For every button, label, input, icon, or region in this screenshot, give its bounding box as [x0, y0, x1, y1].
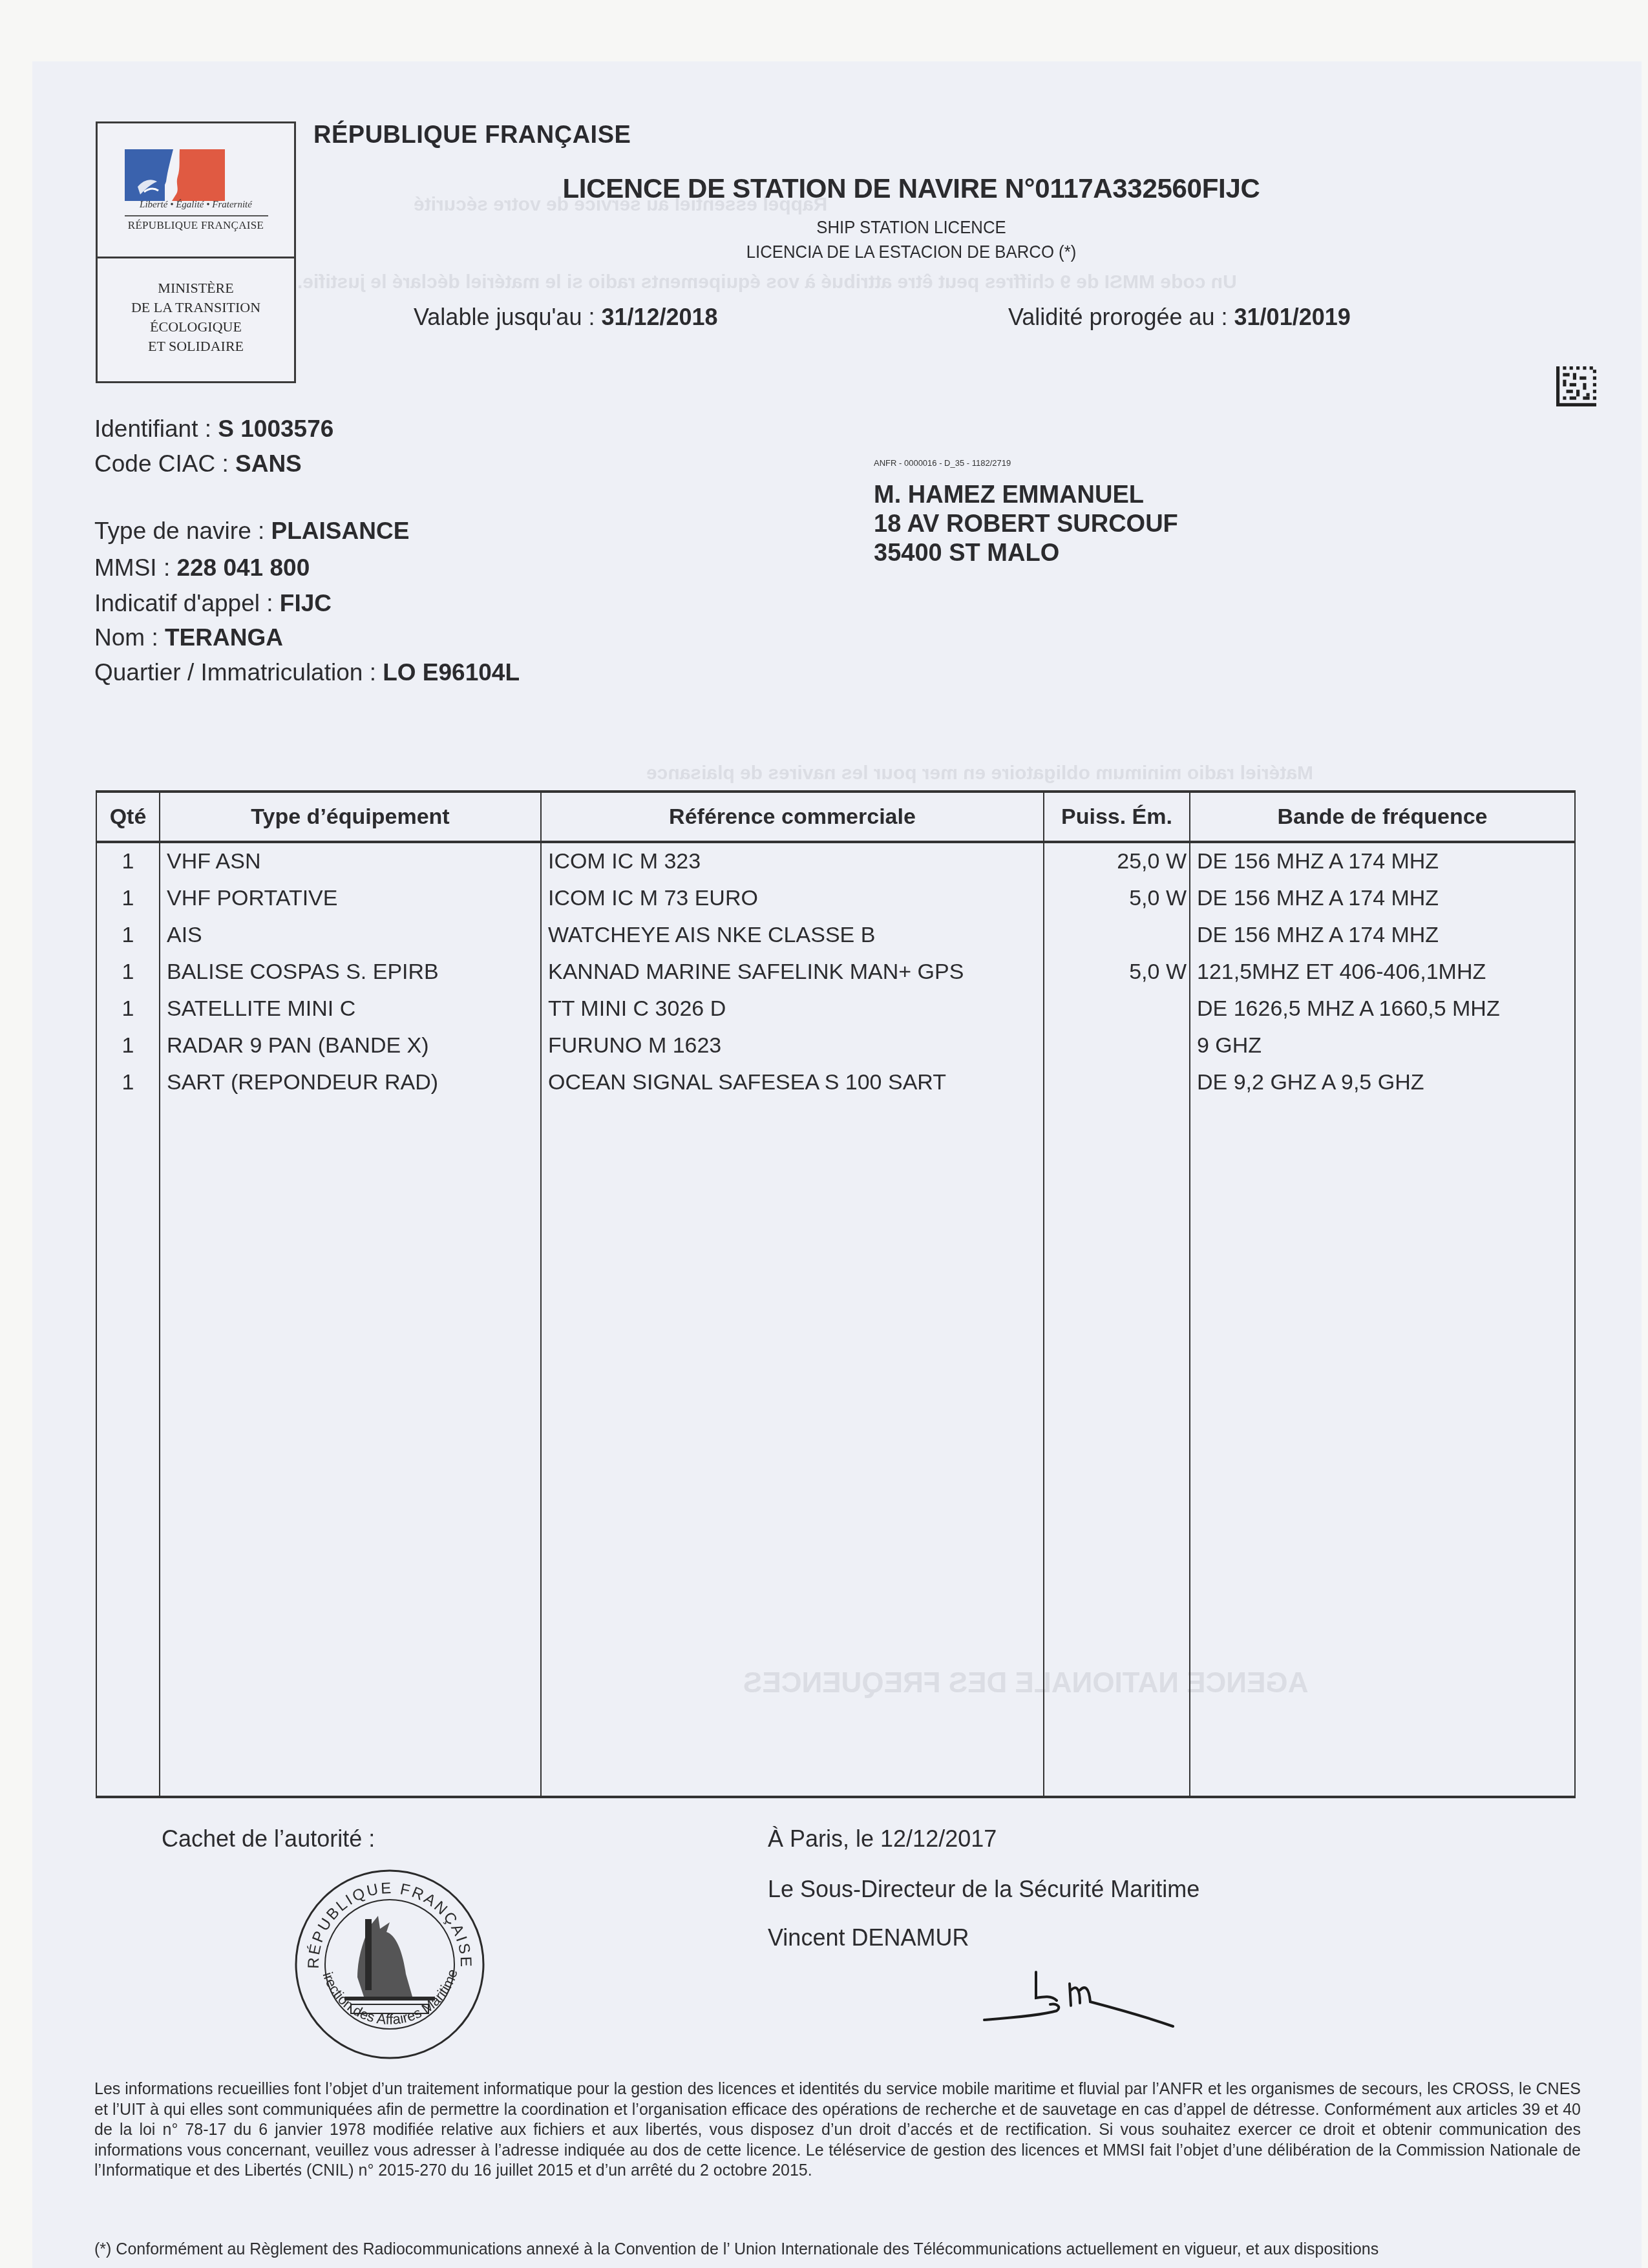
cell-type: VHF ASN — [160, 842, 541, 880]
column-header-band: Bande de fréquence — [1190, 792, 1575, 842]
ministry-name: MINISTÈRE DE LA TRANSITION ÉCOLOGIQUE ET… — [98, 278, 294, 356]
cell-power — [1044, 1027, 1190, 1064]
cell-qty: 1 — [96, 917, 160, 954]
logo-rule — [125, 215, 268, 216]
anfr-reference: ANFR - 0000016 - D_35 - 1182/2719 — [874, 458, 1011, 468]
cell-ref: OCEAN SIGNAL SAFESEA S 100 SART — [541, 1064, 1044, 1101]
logo-republic-text: RÉPUBLIQUE FRANÇAISE — [98, 219, 294, 232]
cell-qty: 1 — [96, 991, 160, 1027]
cell-power: 5,0 W — [1044, 954, 1190, 991]
cell-type: BALISE COSPAS S. EPIRB — [160, 954, 541, 991]
cell-band: DE 1626,5 MHZ A 1660,5 MHZ — [1190, 991, 1575, 1027]
licence-subtitle-en: SHIP STATION LICENCE — [430, 217, 1393, 238]
table-row: 1BALISE COSPAS S. EPIRBKANNAD MARINE SAF… — [96, 954, 1575, 991]
footnote: (*) Conformément au Règlement des Radioc… — [94, 2240, 1581, 2259]
cell-type: SART (REPONDEUR RAD) — [160, 1064, 541, 1101]
valid-until: Valable jusqu'au : 31/12/2018 — [414, 304, 718, 331]
column-header-qty: Qté — [96, 792, 160, 842]
column-header-power: Puiss. Ém. — [1044, 792, 1190, 842]
table-header-row: Qté Type d’équipement Référence commerci… — [96, 792, 1575, 842]
cell-qty: 1 — [96, 880, 160, 917]
table-row: 1VHF ASNICOM IC M 32325,0 WDE 156 MHZ A … — [96, 842, 1575, 880]
cell-power — [1044, 991, 1190, 1027]
place-and-date: À Paris, le 12/12/2017 — [768, 1825, 997, 1853]
field-call-sign: Indicatif d'appel : FIJC — [94, 590, 332, 617]
datamatrix-code-icon — [1556, 366, 1596, 406]
field-vessel-name: Nom : TERANGA — [94, 624, 283, 651]
logo-divider — [98, 257, 294, 258]
validity-extended: Validité prorogée au : 31/01/2019 — [1008, 304, 1351, 331]
equipment-table: Qté Type d’équipement Référence commerci… — [96, 790, 1576, 1798]
recipient-name: M. HAMEZ EMMANUEL — [874, 481, 1144, 509]
cell-power: 5,0 W — [1044, 880, 1190, 917]
privacy-notice: Les informations recueillies font l’obje… — [94, 2079, 1581, 2181]
cell-qty: 1 — [96, 842, 160, 880]
authority-stamp-label: Cachet de l’autorité : — [162, 1825, 375, 1853]
cell-band: DE 9,2 GHZ A 9,5 GHZ — [1190, 1064, 1575, 1101]
recipient-street: 18 AV ROBERT SURCOUF — [874, 510, 1178, 538]
cell-type: VHF PORTATIVE — [160, 880, 541, 917]
licence-title: LICENCE DE STATION DE NAVIRE N°0117A3325… — [388, 173, 1435, 204]
valid-until-date: 31/12/2018 — [601, 304, 717, 330]
field-quartier-immatriculation: Quartier / Immatriculation : LO E96104L — [94, 659, 520, 686]
column-header-reference: Référence commerciale — [541, 792, 1044, 842]
cell-band: 9 GHZ — [1190, 1027, 1575, 1064]
cell-band: DE 156 MHZ A 174 MHZ — [1190, 917, 1575, 954]
cell-ref: TT MINI C 3026 D — [541, 991, 1044, 1027]
cell-power — [1044, 1064, 1190, 1101]
field-type-navire: Type de navire : PLAISANCE — [94, 518, 409, 545]
logo-motto: Liberté • Égalité • Fraternité — [98, 200, 294, 211]
government-logo-block: Liberté • Égalité • Fraternité RÉPUBLIQU… — [96, 121, 296, 383]
cell-qty: 1 — [96, 1064, 160, 1101]
table-row: 1AISWATCHEYE AIS NKE CLASSE BDE 156 MHZ … — [96, 917, 1575, 954]
cell-band: DE 156 MHZ A 174 MHZ — [1190, 842, 1575, 880]
table-row: 1SATELLITE MINI CTT MINI C 3026 DDE 1626… — [96, 991, 1575, 1027]
show-through-text: Un code MMSI de 9 chiffres peut être att… — [297, 271, 1237, 293]
cell-type: RADAR 9 PAN (BANDE X) — [160, 1027, 541, 1064]
signer-title: Le Sous-Directeur de la Sécurité Maritim… — [768, 1876, 1199, 1903]
table-empty-space — [96, 1101, 1575, 1797]
handwritten-signature-icon — [979, 1964, 1225, 2029]
cell-band: DE 156 MHZ A 174 MHZ — [1190, 880, 1575, 917]
cell-power: 25,0 W — [1044, 842, 1190, 880]
cell-qty: 1 — [96, 1027, 160, 1064]
marianne-logo-icon — [125, 149, 225, 201]
validity-extended-date: 31/01/2019 — [1234, 304, 1351, 330]
table-row: 1SART (REPONDEUR RAD)OCEAN SIGNAL SAFESE… — [96, 1064, 1575, 1101]
field-identifiant: Identifiant : S 1003576 — [94, 415, 333, 443]
cell-ref: FURUNO M 1623 — [541, 1027, 1044, 1064]
cell-power — [1044, 917, 1190, 954]
cell-band: 121,5MHZ ET 406-406,1MHZ — [1190, 954, 1575, 991]
show-through-text: Matériel radio minimum obligatoire en me… — [646, 762, 1313, 784]
field-mmsi: MMSI : 228 041 800 — [94, 554, 310, 582]
official-seal-icon: RÉPUBLIQUE FRANÇAISE Direction des Affai… — [293, 1867, 487, 2061]
cell-ref: ICOM IC M 323 — [541, 842, 1044, 880]
republic-heading: RÉPUBLIQUE FRANÇAISE — [313, 121, 631, 149]
cell-type: AIS — [160, 917, 541, 954]
table-row: 1RADAR 9 PAN (BANDE X)FURUNO M 16239 GHZ — [96, 1027, 1575, 1064]
cell-ref: WATCHEYE AIS NKE CLASSE B — [541, 917, 1044, 954]
licence-subtitle-es: LICENCIA DE LA ESTACION DE BARCO (*) — [430, 242, 1393, 262]
cell-type: SATELLITE MINI C — [160, 991, 541, 1027]
field-code-ciac: Code CIAC : SANS — [94, 450, 302, 478]
signer-name: Vincent DENAMUR — [768, 1924, 969, 1951]
recipient-city: 35400 ST MALO — [874, 540, 1059, 567]
cell-ref: KANNAD MARINE SAFELINK MAN+ GPS — [541, 954, 1044, 991]
table-row: 1VHF PORTATIVEICOM IC M 73 EURO5,0 WDE 1… — [96, 880, 1575, 917]
column-header-type: Type d’équipement — [160, 792, 541, 842]
cell-qty: 1 — [96, 954, 160, 991]
cell-ref: ICOM IC M 73 EURO — [541, 880, 1044, 917]
